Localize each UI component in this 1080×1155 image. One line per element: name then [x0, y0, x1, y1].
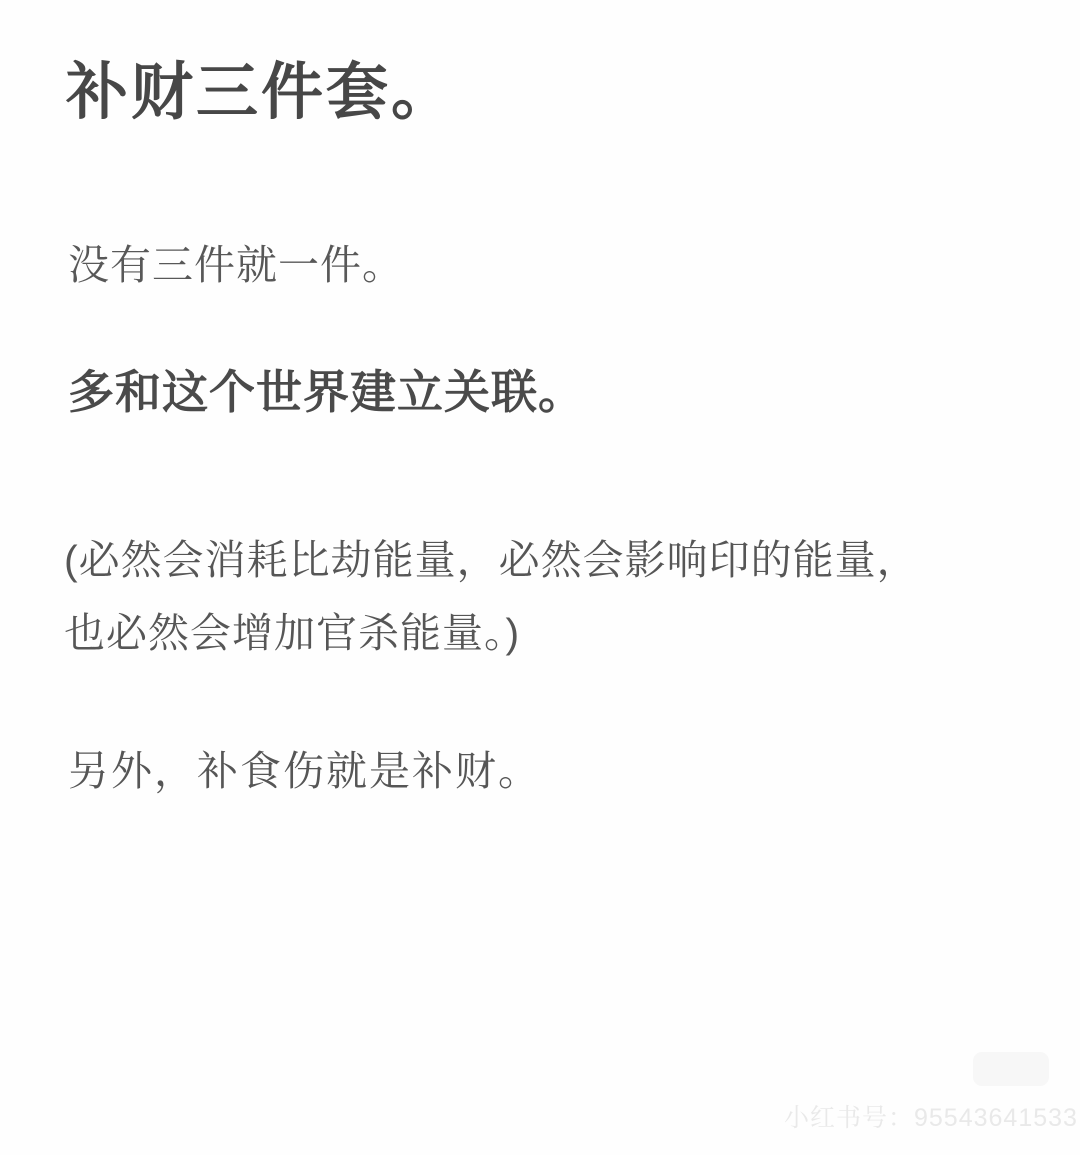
note-line-1: (必然会消耗比劫能量，必然会影响印的能量， — [64, 524, 919, 597]
emphasis-line: 多和这个世界建立关联。 — [68, 356, 585, 422]
closing-line: 另外，补食伤就是补财。 — [68, 738, 541, 797]
parenthetical-note: (必然会消耗比劫能量，必然会影响印的能量， 也必然会增加官杀能量。) — [64, 524, 919, 670]
subtitle-line: 没有三件就一件。 — [68, 232, 404, 291]
watermark-badge — [973, 1052, 1049, 1086]
xiaohongshu-watermark: 小红书号：95543641533 — [784, 1098, 1078, 1134]
note-page: 补财三件套。 没有三件就一件。 多和这个世界建立关联。 (必然会消耗比劫能量，必… — [0, 0, 1080, 1155]
page-title: 补财三件套。 — [66, 42, 456, 131]
note-line-2: 也必然会增加官杀能量。) — [64, 597, 919, 670]
